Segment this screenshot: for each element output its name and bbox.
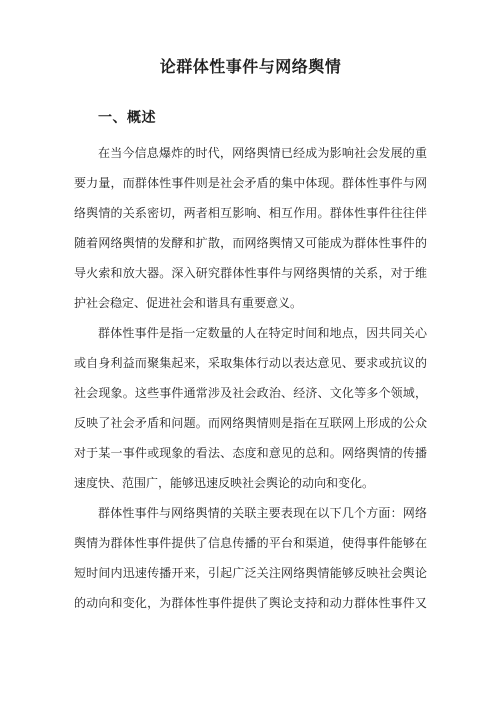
document-title: 论群体性事件与网络舆情 [74, 56, 427, 80]
body-line: 反映了社会矛盾和问题。而网络舆情则是指在互联网上形成的公众 [74, 408, 427, 438]
section-heading: 一、概述 [74, 110, 427, 128]
body-line: 导火索和放大器。深入研究群体性事件与网络舆情的关系，对于维 [74, 258, 427, 288]
body-line: 随着网络舆情的发酵和扩散，而网络舆情又可能成为群体性事件的 [74, 228, 427, 258]
document-page: 论群体性事件与网络舆情 一、概述 在当今信息爆炸的时代，网络舆情已经成为影响社会… [0, 0, 500, 707]
body-line: 或自身利益而聚集起来，采取集体行动以表达意见、要求或抗议的 [74, 348, 427, 378]
body-line: 对于某一事件或现象的看法、态度和意见的总和。网络舆情的传播 [74, 438, 427, 468]
body-line: 护社会稳定、促进社会和谐具有重要意义。 [74, 288, 427, 318]
body-line: 社会现象。这些事件通常涉及社会政治、经济、文化等多个领域， [74, 378, 427, 408]
body-line: 的动向和变化，为群体性事件提供了舆论支持和动力群体性事件又 [74, 588, 427, 618]
body-line: 在当今信息爆炸的时代，网络舆情已经成为影响社会发展的重 [74, 138, 427, 168]
document-body: 在当今信息爆炸的时代，网络舆情已经成为影响社会发展的重要力量，而群体性事件则是社… [74, 138, 427, 618]
body-line: 群体性事件与网络舆情的关联主要表现在以下几个方面：网络 [74, 498, 427, 528]
body-line: 络舆情的关系密切，两者相互影响、相互作用。群体性事件往往伴 [74, 198, 427, 228]
body-line: 群体性事件是指一定数量的人在特定时间和地点，因共同关心 [74, 318, 427, 348]
document-content: 论群体性事件与网络舆情 一、概述 在当今信息爆炸的时代，网络舆情已经成为影响社会… [74, 0, 427, 618]
body-line: 速度快、范围广，能够迅速反映社会舆论的动向和变化。 [74, 468, 427, 498]
body-line: 短时间内迅速传播开来，引起广泛关注网络舆情能够反映社会舆论 [74, 558, 427, 588]
body-line: 要力量，而群体性事件则是社会矛盾的集中体现。群体性事件与网 [74, 168, 427, 198]
body-line: 舆情为群体性事件提供了信息传播的平台和渠道，使得事件能够在 [74, 528, 427, 558]
